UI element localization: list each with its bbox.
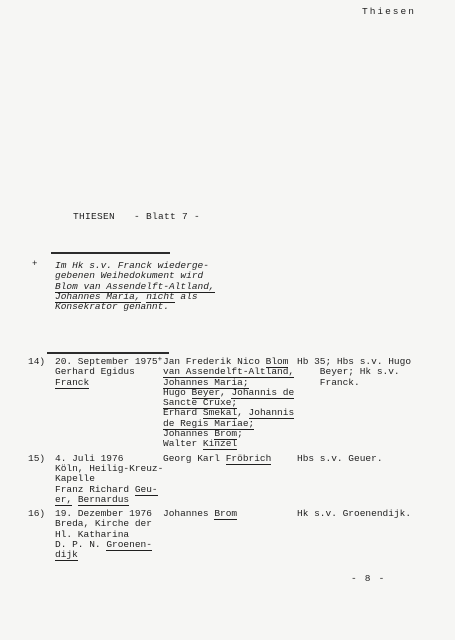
entry-consecrators: Jan Frederik Nico Blomvan Assendelft-Alt…	[163, 357, 297, 450]
text-segment: Erhard	[163, 407, 203, 418]
text-segment: Gerhard Egidus	[55, 366, 135, 377]
entry-row: 15)4. Juli 1976Köln, Heilig-Kreuz-Kapell…	[0, 454, 455, 505]
text-segment: als	[175, 291, 198, 302]
text-segment: gebenen Weihedokument wird	[55, 270, 203, 281]
document-page: Thiesen THIESEN- Blatt 7 - + Im Hk s.v. …	[0, 0, 455, 640]
entry-line: dijk	[55, 550, 163, 560]
page-number: - 8 -	[351, 574, 386, 584]
footnote-reference-mark: +	[158, 356, 163, 364]
entry-line: Georg Karl Fröbrich	[163, 454, 297, 464]
text-segment: ,	[237, 407, 248, 418]
entry-line: Hk s.v. Groenendijk.	[297, 509, 455, 519]
entry-line: er, Bernardus	[55, 495, 163, 505]
entry-row: 14)20. September 1975+Gerhard EgidusFran…	[0, 357, 455, 450]
text-segment: Konsekrator genannt.	[55, 301, 169, 312]
header-author-name: Thiesen	[362, 7, 416, 17]
entry-row: 16)19. Dezember 1976Breda, Kirche derHl.…	[0, 509, 455, 560]
underlined-text: Johannis	[249, 407, 295, 419]
entry-consecrators: Johannes Brom	[163, 509, 297, 519]
entry-date-place-person: 20. September 1975+Gerhard EgidusFranck	[55, 357, 163, 388]
footnote-text: Im Hk s.v. Franck wiederge-gebenen Weihe…	[55, 261, 235, 312]
entry-source-reference: Hk s.v. Groenendijk.	[297, 509, 455, 519]
underlined-text: Bernardus	[78, 494, 129, 506]
entry-date-place-person: 4. Juli 1976Köln, Heilig-Kreuz-KapelleFr…	[55, 454, 163, 505]
underlined-text: dijk	[55, 549, 78, 561]
underlined-text: Geu-	[135, 484, 158, 496]
entry-line: Walter Kinzel	[163, 439, 297, 449]
footnote-line: Konsekrator genannt.	[55, 302, 235, 312]
entry-source-reference: Hb 35; Hbs s.v. Hugo Beyer; Hk s.v. Fran…	[297, 357, 455, 388]
entry-number: 15)	[28, 454, 55, 464]
text-segment: Hk s.v. Groenendijk.	[297, 508, 411, 519]
page-title: THIESEN- Blatt 7 -	[49, 202, 200, 233]
footnote-marker: +	[32, 259, 37, 269]
entry-source-reference: Hbs s.v. Geuer.	[297, 454, 455, 464]
footnote-separator-line	[51, 252, 170, 254]
entry-number: 14)	[28, 357, 55, 367]
text-segment: Franz Richard	[55, 484, 135, 495]
entry-date-place-person: 19. Dezember 1976Breda, Kirche derHl. Ka…	[55, 509, 163, 560]
entry-number: 16)	[28, 509, 55, 519]
table-separator-line	[47, 352, 169, 354]
title-surname: THIESEN	[73, 211, 115, 222]
ordination-entries: 14)20. September 1975+Gerhard EgidusFran…	[0, 357, 455, 565]
text-segment: Hbs s.v. Geuer.	[297, 453, 383, 464]
entry-consecrators: Georg Karl Fröbrich	[163, 454, 297, 464]
underlined-text: Fröbrich	[226, 453, 272, 465]
underlined-text: er,	[55, 494, 72, 506]
text-segment: ;	[237, 428, 243, 439]
underlined-text: Brom	[214, 508, 237, 520]
title-sheet-number: - Blatt 7 -	[134, 211, 200, 222]
entry-line: Franck	[55, 378, 163, 388]
underlined-text: Franck	[55, 377, 89, 389]
entry-line: Franck.	[297, 378, 455, 388]
text-segment	[72, 494, 78, 505]
underlined-text: Kinzel	[203, 438, 237, 450]
text-segment: Walter	[163, 438, 203, 449]
entry-line: Johannes Brom	[163, 509, 297, 519]
entry-line: Hbs s.v. Geuer.	[297, 454, 455, 464]
underlined-text: Johannis de	[231, 387, 294, 399]
text-segment: Franck.	[297, 377, 360, 388]
text-segment: Johannes	[163, 508, 214, 519]
text-segment: Georg Karl	[163, 453, 226, 464]
underlined-text: Groenen-	[106, 539, 152, 551]
